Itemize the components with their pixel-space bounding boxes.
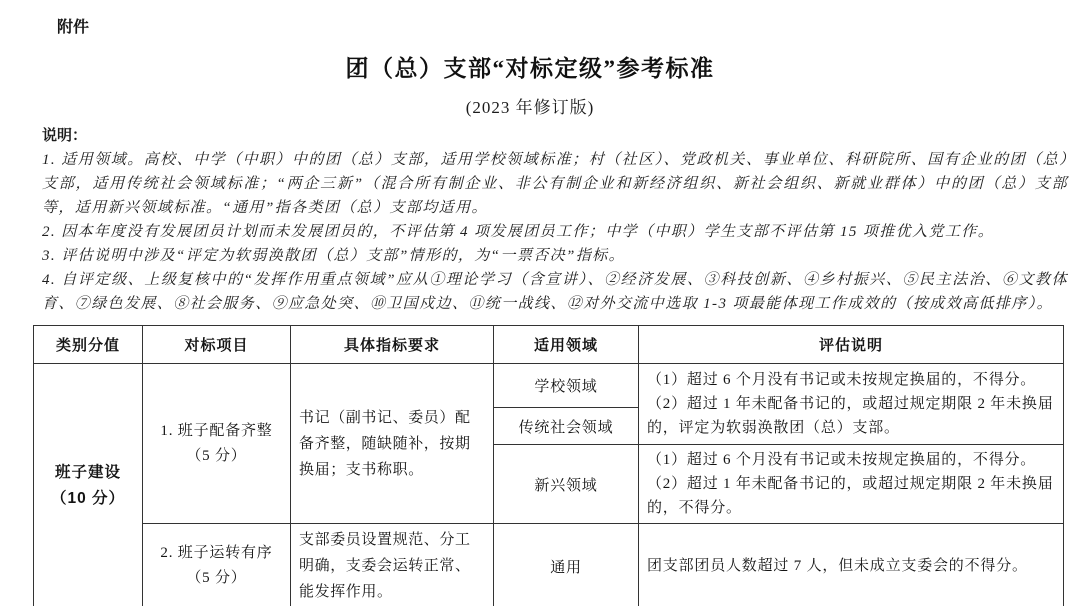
standards-table: 类别分值 对标项目 具体指标要求 适用领域 评估说明 班子建设 （10 分） 1… bbox=[33, 325, 1064, 606]
note-item-1: 1. 适用领域。高校、中学（中职）中的团（总）支部，适用学校领域标准；村（社区）… bbox=[42, 148, 1068, 220]
notes-section: 说明： 1. 适用领域。高校、中学（中职）中的团（总）支部，适用学校领域标准；村… bbox=[42, 123, 1068, 316]
domain-cell-emerging: 新兴领域 bbox=[494, 445, 639, 524]
header-category-score: 类别分值 bbox=[34, 326, 143, 364]
indicator-cell-1: 书记（副书记、委员）配备齐整，随缺随补，按期换届；支书称职。 bbox=[291, 364, 494, 524]
header-project: 对标项目 bbox=[143, 326, 291, 364]
evaluation-cell-1: （1）超过 6 个月没有书记或未按规定换届的，不得分。 （2）超过 1 年未配备… bbox=[639, 364, 1064, 445]
document-page: 附件 团（总）支部“对标定级”参考标准 (2023 年修订版) 说明： 1. 适… bbox=[0, 0, 1080, 606]
notes-heading: 说明： bbox=[42, 123, 1068, 148]
table-row: 班子建设 （10 分） 1. 班子配备齐整 （5 分） 书记（副书记、委员）配备… bbox=[34, 364, 1064, 408]
evaluation-cell-2: （1）超过 6 个月没有书记或未按规定换届的，不得分。 （2）超过 1 年未配备… bbox=[639, 445, 1064, 524]
domain-cell-traditional: 传统社会领域 bbox=[494, 408, 639, 445]
project-name: 1. 班子配备齐整 bbox=[151, 419, 282, 444]
project-cell-1: 1. 班子配备齐整 （5 分） bbox=[143, 364, 291, 524]
project-name: 2. 班子运转有序 bbox=[151, 541, 282, 566]
category-score: （10 分） bbox=[42, 486, 134, 512]
page-subtitle: (2023 年修订版) bbox=[0, 93, 1060, 118]
domain-cell-school: 学校领域 bbox=[494, 364, 639, 408]
category-cell: 班子建设 （10 分） bbox=[34, 364, 143, 606]
evaluation-cell-3: 团支部团员人数超过 7 人，但未成立支委会的不得分。 bbox=[639, 524, 1064, 606]
table-row: 2. 班子运转有序 （5 分） 支部委员设置规范、分工明确，支委会运转正常、能发… bbox=[34, 524, 1064, 606]
category-name: 班子建设 bbox=[42, 460, 134, 486]
note-item-3: 3. 评估说明中涉及“评定为软弱涣散团（总）支部”情形的，为“一票否决”指标。 bbox=[42, 244, 1068, 268]
project-cell-2: 2. 班子运转有序 （5 分） bbox=[143, 524, 291, 606]
project-score: （5 分） bbox=[151, 566, 282, 591]
domain-cell-general: 通用 bbox=[494, 524, 639, 606]
indicator-cell-2: 支部委员设置规范、分工明确，支委会运转正常、能发挥作用。 bbox=[291, 524, 494, 606]
attachment-label: 附件 bbox=[57, 14, 89, 37]
header-domain: 适用领域 bbox=[494, 326, 639, 364]
project-score: （5 分） bbox=[151, 444, 282, 469]
header-evaluation: 评估说明 bbox=[639, 326, 1064, 364]
header-indicator: 具体指标要求 bbox=[291, 326, 494, 364]
note-item-4: 4. 自评定级、上级复核中的“发挥作用重点领域”应从①理论学习（含宣讲）、②经济… bbox=[42, 268, 1068, 316]
note-item-2: 2. 因本年度没有发展团员计划而未发展团员的，不评估第 4 项发展团员工作；中学… bbox=[42, 220, 1068, 244]
page-title: 团（总）支部“对标定级”参考标准 bbox=[0, 50, 1060, 83]
table-header-row: 类别分值 对标项目 具体指标要求 适用领域 评估说明 bbox=[34, 326, 1064, 364]
